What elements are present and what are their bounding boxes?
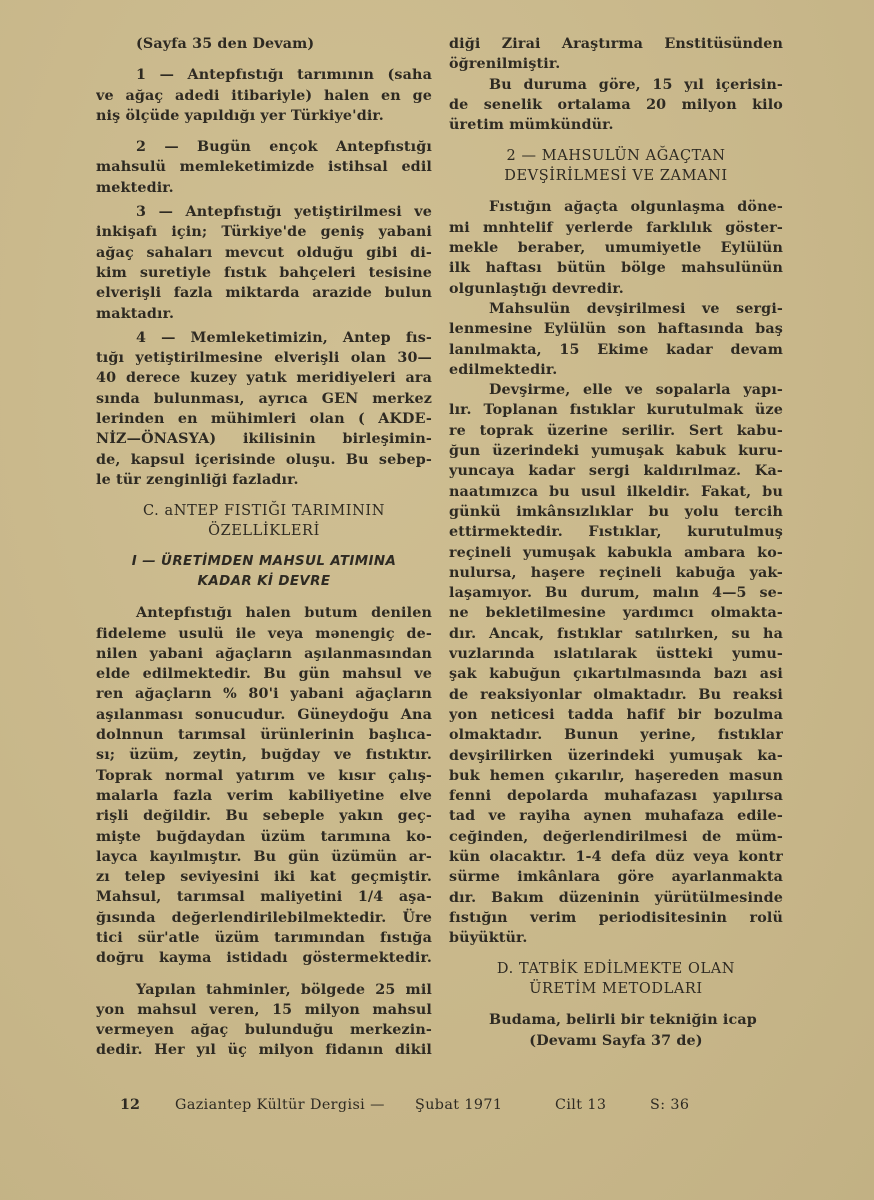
issue-date: Şubat 1971 [415,1097,555,1113]
item-1: 1 — Antepfıstığı tarımının (saha ve ağaç… [96,65,432,126]
section-c-title: C. aNTEP FISTIĞI TARIMININ ÖZELLİKLERİ [96,501,432,541]
continued-to-note: (Devamı Sayfa 37 de) [449,1031,783,1051]
continued-from-note: (Sayfa 35 den Devam) [96,34,432,54]
item-2: 2 — Bugün enҫok Antepfıstığı mahsulü mem… [96,137,432,198]
volume: Cilt 13 [555,1097,650,1113]
magazine-name: Gaziantep Kültür Dergisi — [175,1097,415,1113]
paragraph-c1: Antepfıstığı halen butum denilen fidelem… [96,603,432,968]
right-column: diği Zirai Araştırma Enstitüsünden öğren… [449,34,783,1051]
paragraph-estimate: Bu duruma göre, 15 yıl içerisin- de sene… [449,75,783,136]
paragraph-c2: Yapılan tahminler, bölgede 25 mil yon ma… [96,980,432,1061]
paragraph-r1: Fıstığın ağaçta olgunlaşma döne- mi mnht… [449,197,783,298]
section-d-title: D. TATBİK EDİLMEKTE OLAN ÜRETİM METODLAR… [449,959,783,999]
paragraph-d1: Budama, belirli bir tekniğin icap [449,1010,783,1030]
paragraph-continuation: diği Zirai Araştırma Enstitüsünden öğren… [449,34,783,75]
item-4: 4 — Memleketimizin, Antep fıs- tığı yeti… [96,328,432,490]
paragraph-r3: Devşirme, elle ve sopalarla yapı- lır. T… [449,380,783,948]
magazine-page: (Sayfa 35 den Devam) 1 — Antepfıstığı ta… [0,0,874,1200]
issue-number: S: 36 [650,1097,689,1113]
subsection-1-title: I — ÜRETİMDEN MAHSUL ATIMINA KADAR Kİ DE… [96,552,432,592]
subsection-2-title: 2 — MAHSULÜN AĞAÇTAN DEVŞİRİLMESİ VE ZAM… [449,146,783,186]
page-number: 12 [120,1097,175,1113]
paragraph-r2: Mahsulün devşirilmesi ve sergi- lenmesin… [449,299,783,380]
item-3: 3 — Antepfıstığı yetiştirilmesi ve inkiş… [96,202,432,324]
page-footer: 12 Gaziantep Kültür Dergisi — Şubat 1971… [120,1097,760,1113]
left-column: (Sayfa 35 den Devam) 1 — Antepfıstığı ta… [96,34,432,1061]
